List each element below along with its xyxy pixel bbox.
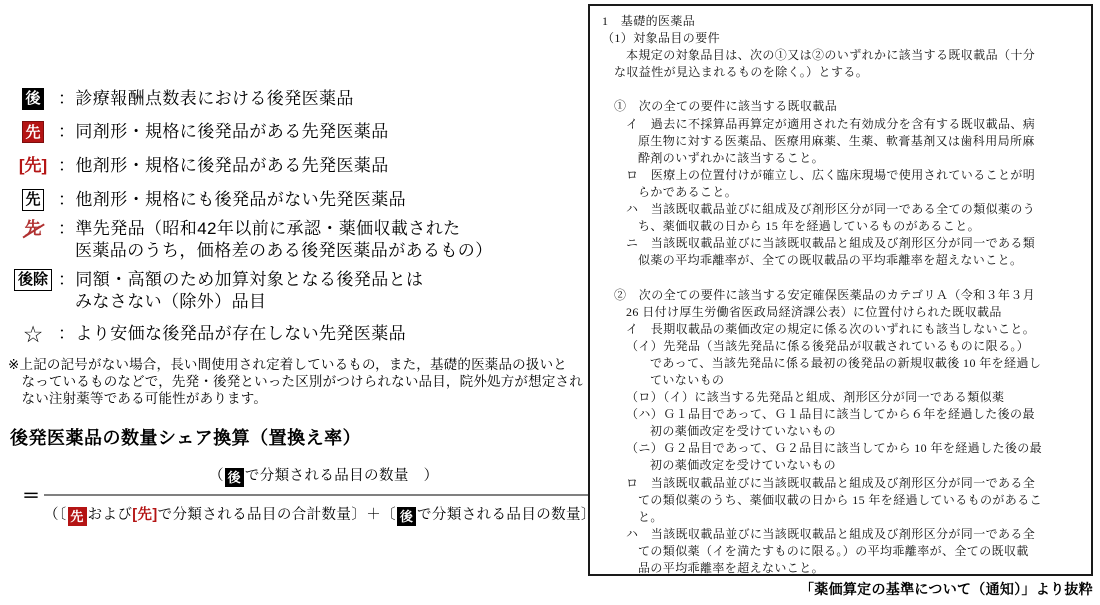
symbol-cell: [先]	[8, 155, 58, 177]
document-line: （イ）先発品（当該先発品に係る後発品が収載されているものに限る。）	[602, 338, 1083, 355]
document-line: ロ 当該既収載品並びに当該既収載品と組成及び剤形区分が同一である全	[602, 475, 1083, 492]
document-line: ハ 当該既収載品並びに当該既収載品と組成及び剤形区分が同一である全	[602, 526, 1083, 543]
generic-black-badge-icon: 後	[397, 507, 416, 526]
numerator-text: で分類される品目の数量 ）	[245, 468, 439, 484]
legend-item-label: ：同額・高額のため加算対象となる後発品とは みなさない（除外）品目	[58, 269, 423, 313]
star-icon: ☆	[23, 323, 44, 345]
document-line: ての類似薬のうち、薬価収載の日から 15 年を経過しているものがあるこ	[602, 492, 1083, 509]
legend-item-label: ：より安価な後発品が存在しない先発医薬品	[58, 323, 406, 345]
brand-red-badge-icon: 先	[68, 507, 87, 526]
document-line: 26 日付け厚生労働省医政局経済課公表）に位置付けられた既収載品	[602, 304, 1083, 321]
brand-bracket-icon: [先]	[19, 155, 47, 177]
generic-black-badge-icon: 後	[225, 468, 244, 487]
document-line: ての類似薬（イを満たすものに限る。）の平均乖離率が、全ての既収載	[602, 543, 1083, 560]
document-line: ニ 当該既収載品並びに当該既収載品と組成及び剤形区分が同一である類	[602, 235, 1083, 252]
formula-title: 後発医薬品の数量シェア換算（置換え率）	[10, 424, 583, 450]
footnote-line: ない注射薬等である可能性があります。	[8, 391, 583, 408]
formula-fraction: （後で分類される品目の数量 ） （〔先および[先]で分類される品目の合計数量〕＋…	[44, 464, 603, 526]
numerator-open: （	[209, 468, 224, 484]
generic-black-badge-icon: 後	[22, 88, 44, 110]
document-line: と。	[602, 509, 1083, 526]
symbol-cell: 先	[8, 218, 58, 240]
denominator-text: および	[88, 507, 133, 523]
legend-item-label-line2: みなさない（除外）品目	[58, 291, 423, 313]
document-line: 似薬の平均乖離率が、全ての既収載品の平均乖離率を超えないこと。	[602, 252, 1083, 269]
document-line: 酔剤のいずれかに該当すること。	[602, 150, 1083, 167]
formula-numerator: （後で分類される品目の数量 ）	[44, 464, 603, 494]
document-line: ② 次の全ての要件に該当する安定確保医薬品のカテゴリＡ（令和３年３月	[602, 287, 1083, 304]
document-line: ち、薬価収載の日から 15 年を経過しているものがあること。	[602, 218, 1083, 235]
document-line: ていないもの	[602, 372, 1083, 389]
footnote-line: ※上記の記号がない場合，長い間使用され定着しているもの，また，基礎的医薬品の扱い…	[8, 357, 583, 374]
legend-item-generic: 後 ：診療報酬点数表における後発医薬品	[8, 88, 583, 110]
legend-footnote: ※上記の記号がない場合，長い間使用され定着しているもの，また，基礎的医薬品の扱い…	[8, 357, 583, 408]
legend-item-star: ☆ ：より安価な後発品が存在しない先発医薬品	[8, 323, 583, 345]
equals-sign: ＝	[22, 482, 40, 508]
legend-item-brand-other-form: [先] ：他剤形・規格に後発品がある先発医薬品	[8, 155, 583, 177]
legend-item-label: ：診療報酬点数表における後発医薬品	[58, 88, 354, 110]
excluded-box-icon: 後除	[14, 269, 52, 291]
document-line: （ハ）Ｇ１品目であって、Ｇ１品目に該当してから６年を経過した後の最	[602, 406, 1083, 423]
brand-red-badge-icon: 先	[22, 121, 44, 143]
legend-item-label: ：他剤形・規格にも後発品がない先発医薬品	[58, 189, 406, 211]
regulation-excerpt-box: 1 基礎的医薬品 （1）対象品目の要件 本規定の対象品目は、次の①又は②のいずれ…	[588, 4, 1093, 576]
document-line: 原生物に対する医薬品、医療用麻薬、生薬、軟膏基剤又は歯科用局所麻	[602, 133, 1083, 150]
document-line: イ 過去に不採算品再算定が適用された有効成分を含有する既収載品、病	[602, 116, 1083, 133]
legend-item-label: ：他剤形・規格に後発品がある先発医薬品	[58, 155, 389, 177]
legend-item-label-line1: ：同額・高額のため加算対象となる後発品とは	[58, 269, 423, 291]
formula-denominator: （〔先および[先]で分類される品目の合計数量〕＋〔後で分類される品目の数量〕）	[44, 494, 603, 526]
legend-item-quasi-brand: 先 ：準先発品（昭和42年以前に承認・薬価収載された 医薬品のうち，価格差のある…	[8, 218, 583, 262]
document-line: ① 次の全ての要件に該当する既収載品	[602, 98, 1083, 115]
symbol-cell: 後	[8, 88, 58, 110]
document-line: （ロ）（イ）に該当する先発品と組成、剤形区分が同一である類似薬	[602, 389, 1083, 406]
document-line: ハ 当該既収載品並びに組成及び剤形区分が同一である全ての類似薬のう	[602, 201, 1083, 218]
legend-item-excluded-generic: 後除 ：同額・高額のため加算対象となる後発品とは みなさない（除外）品目	[8, 269, 583, 313]
symbol-cell: 後除	[8, 269, 58, 291]
document-line: イ 長期収載品の薬価改定の規定に係る次のいずれにも該当しないこと。	[602, 321, 1083, 338]
document-line: （1）対象品目の要件	[602, 30, 1083, 47]
symbol-cell: 先	[8, 189, 58, 211]
substitution-rate-formula: ＝ （後で分類される品目の数量 ） （〔先および[先]で分類される品目の合計数量…	[22, 464, 583, 526]
document-line: 本規定の対象品目は、次の①又は②のいずれかに該当する既収載品（十分	[602, 47, 1083, 64]
legend-pane: 後 ：診療報酬点数表における後発医薬品 先 ：同剤形・規格に後発品がある先発医薬…	[8, 88, 583, 526]
document-line: らかであること。	[602, 184, 1083, 201]
legend-item-brand-no-generic: 先 ：他剤形・規格にも後発品がない先発医薬品	[8, 189, 583, 211]
legend-item-label-line2: 医薬品のうち，価格差のある後発医薬品があるもの）	[58, 240, 493, 262]
symbol-cell: ☆	[8, 323, 58, 345]
document-line: 品の平均乖離率を超えないこと。	[602, 560, 1083, 576]
denominator-text: で分類される品目の合計数量〕＋〔	[158, 507, 396, 523]
source-caption: 「薬価算定の基準について（通知）」より抜粋	[588, 579, 1093, 599]
denominator-text: で分類される品目の数量〕）	[417, 507, 603, 523]
page: 後 ：診療報酬点数表における後発医薬品 先 ：同剤形・規格に後発品がある先発医薬…	[0, 0, 1100, 605]
symbol-cell: 先	[8, 121, 58, 143]
brand-box-icon: 先	[22, 189, 44, 211]
document-line: な収益性が見込まれるものを除く。）とする。	[602, 64, 1083, 81]
document-line: （ニ）Ｇ２品目であって、Ｇ２品目に該当してから 10 年を経過した後の最	[602, 440, 1083, 457]
document-line: 初の薬価改定を受けていないもの	[602, 457, 1083, 474]
quasi-brand-strikethrough-icon: 先	[25, 218, 42, 240]
document-line: ロ 医療上の位置付けが確立し、広く臨床現場で使用されていることが明	[602, 167, 1083, 184]
document-line	[602, 269, 1083, 286]
document-line: 1 基礎的医薬品	[602, 13, 1083, 30]
brand-bracket-icon: [先]	[132, 507, 157, 523]
legend-item-label: ：同剤形・規格に後発品がある先発医薬品	[58, 121, 389, 143]
legend-item-label-line1: ：準先発品（昭和42年以前に承認・薬価収載された	[58, 218, 493, 240]
denominator-open: （〔	[44, 507, 67, 523]
legend-item-label: ：準先発品（昭和42年以前に承認・薬価収載された 医薬品のうち，価格差のある後発…	[58, 218, 493, 262]
footnote-line: なっているものなどで，先発・後発といった区別がつけられない品目，院外処方が想定さ…	[8, 374, 583, 391]
document-line: 初の薬価改定を受けていないもの	[602, 423, 1083, 440]
document-line: であって、当該先発品に係る最初の後発品の新規収載後 10 年を経過し	[602, 355, 1083, 372]
document-line	[602, 81, 1083, 98]
legend-item-brand-same-form: 先 ：同剤形・規格に後発品がある先発医薬品	[8, 121, 583, 143]
